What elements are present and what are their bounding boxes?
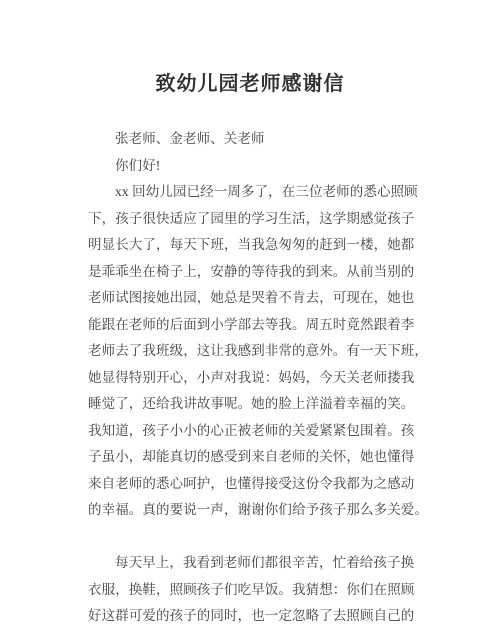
text-line: 能跟在老师的后面到小学部去等我。周五时竟然跟着李 (88, 312, 416, 339)
text-line: 子虽小，却能真切的感受到来自老师的关怀，她也懂得 (88, 444, 416, 471)
text-line: 睡觉了，还给我讲故事呢。她的脸上洋溢着幸福的笑。 (88, 391, 416, 418)
page-title: 致幼儿园老师感谢信 (0, 70, 500, 98)
text-line: 的幸福。真的要说一声，谢谢你们给予孩子那么多关爱。 (88, 497, 416, 524)
letter-body: 张老师、金老师、关老师你们好!xx 回幼儿园已经一周多了，在三位老师的悉心照顾下… (88, 126, 416, 630)
text-line: xx 回幼儿园已经一周多了，在三位老师的悉心照顾 (88, 179, 416, 206)
text-line: 我知道，孩子小小的心正被老师的关爱紧紧包围着。孩 (88, 418, 416, 445)
text-line: 张老师、金老师、关老师 (88, 126, 416, 153)
text-line: 衣服，换鞋，照顾孩子们吃早饭。我猜想：你们在照顾 (88, 577, 416, 604)
text-line: 她显得特别开心，小声对我说：妈妈，今天关老师搂我 (88, 365, 416, 392)
text-line: 是乖乖坐在椅子上，安静的等待我的到来。从前当别的 (88, 259, 416, 286)
paragraph: 你们好! (88, 153, 416, 180)
paragraph: xx 回幼儿园已经一周多了，在三位老师的悉心照顾下，孩子很快适应了园里的学习生活… (88, 179, 416, 524)
text-line: 老师去了我班级，这让我感到非常的意外。有一天下班， (88, 338, 416, 365)
text-line: 每天早上，我看到老师们都很辛苦，忙着给孩子换 (88, 550, 416, 577)
text-line: 下，孩子很快适应了园里的学习生活，这学期感觉孩子 (88, 206, 416, 233)
text-line: 老师试图接她出园，她总是哭着不肯去，可现在，她也 (88, 285, 416, 312)
document-page: 致幼儿园老师感谢信 张老师、金老师、关老师你们好!xx 回幼儿园已经一周多了，在… (0, 0, 500, 637)
text-line: 来自老师的悉心呵护，也懂得接受这份令我都为之感动 (88, 471, 416, 498)
text-line: 好这群可爱的孩子的同时，也一定忽略了去照顾自己的 (88, 603, 416, 630)
paragraph: 张老师、金老师、关老师 (88, 126, 416, 153)
text-line: 明显长大了，每天下班，当我急匆匆的赶到一楼，她都 (88, 232, 416, 259)
text-line: 你们好! (88, 153, 416, 180)
paragraph: 每天早上，我看到老师们都很辛苦，忙着给孩子换衣服，换鞋，照顾孩子们吃早饭。我猜想… (88, 550, 416, 630)
